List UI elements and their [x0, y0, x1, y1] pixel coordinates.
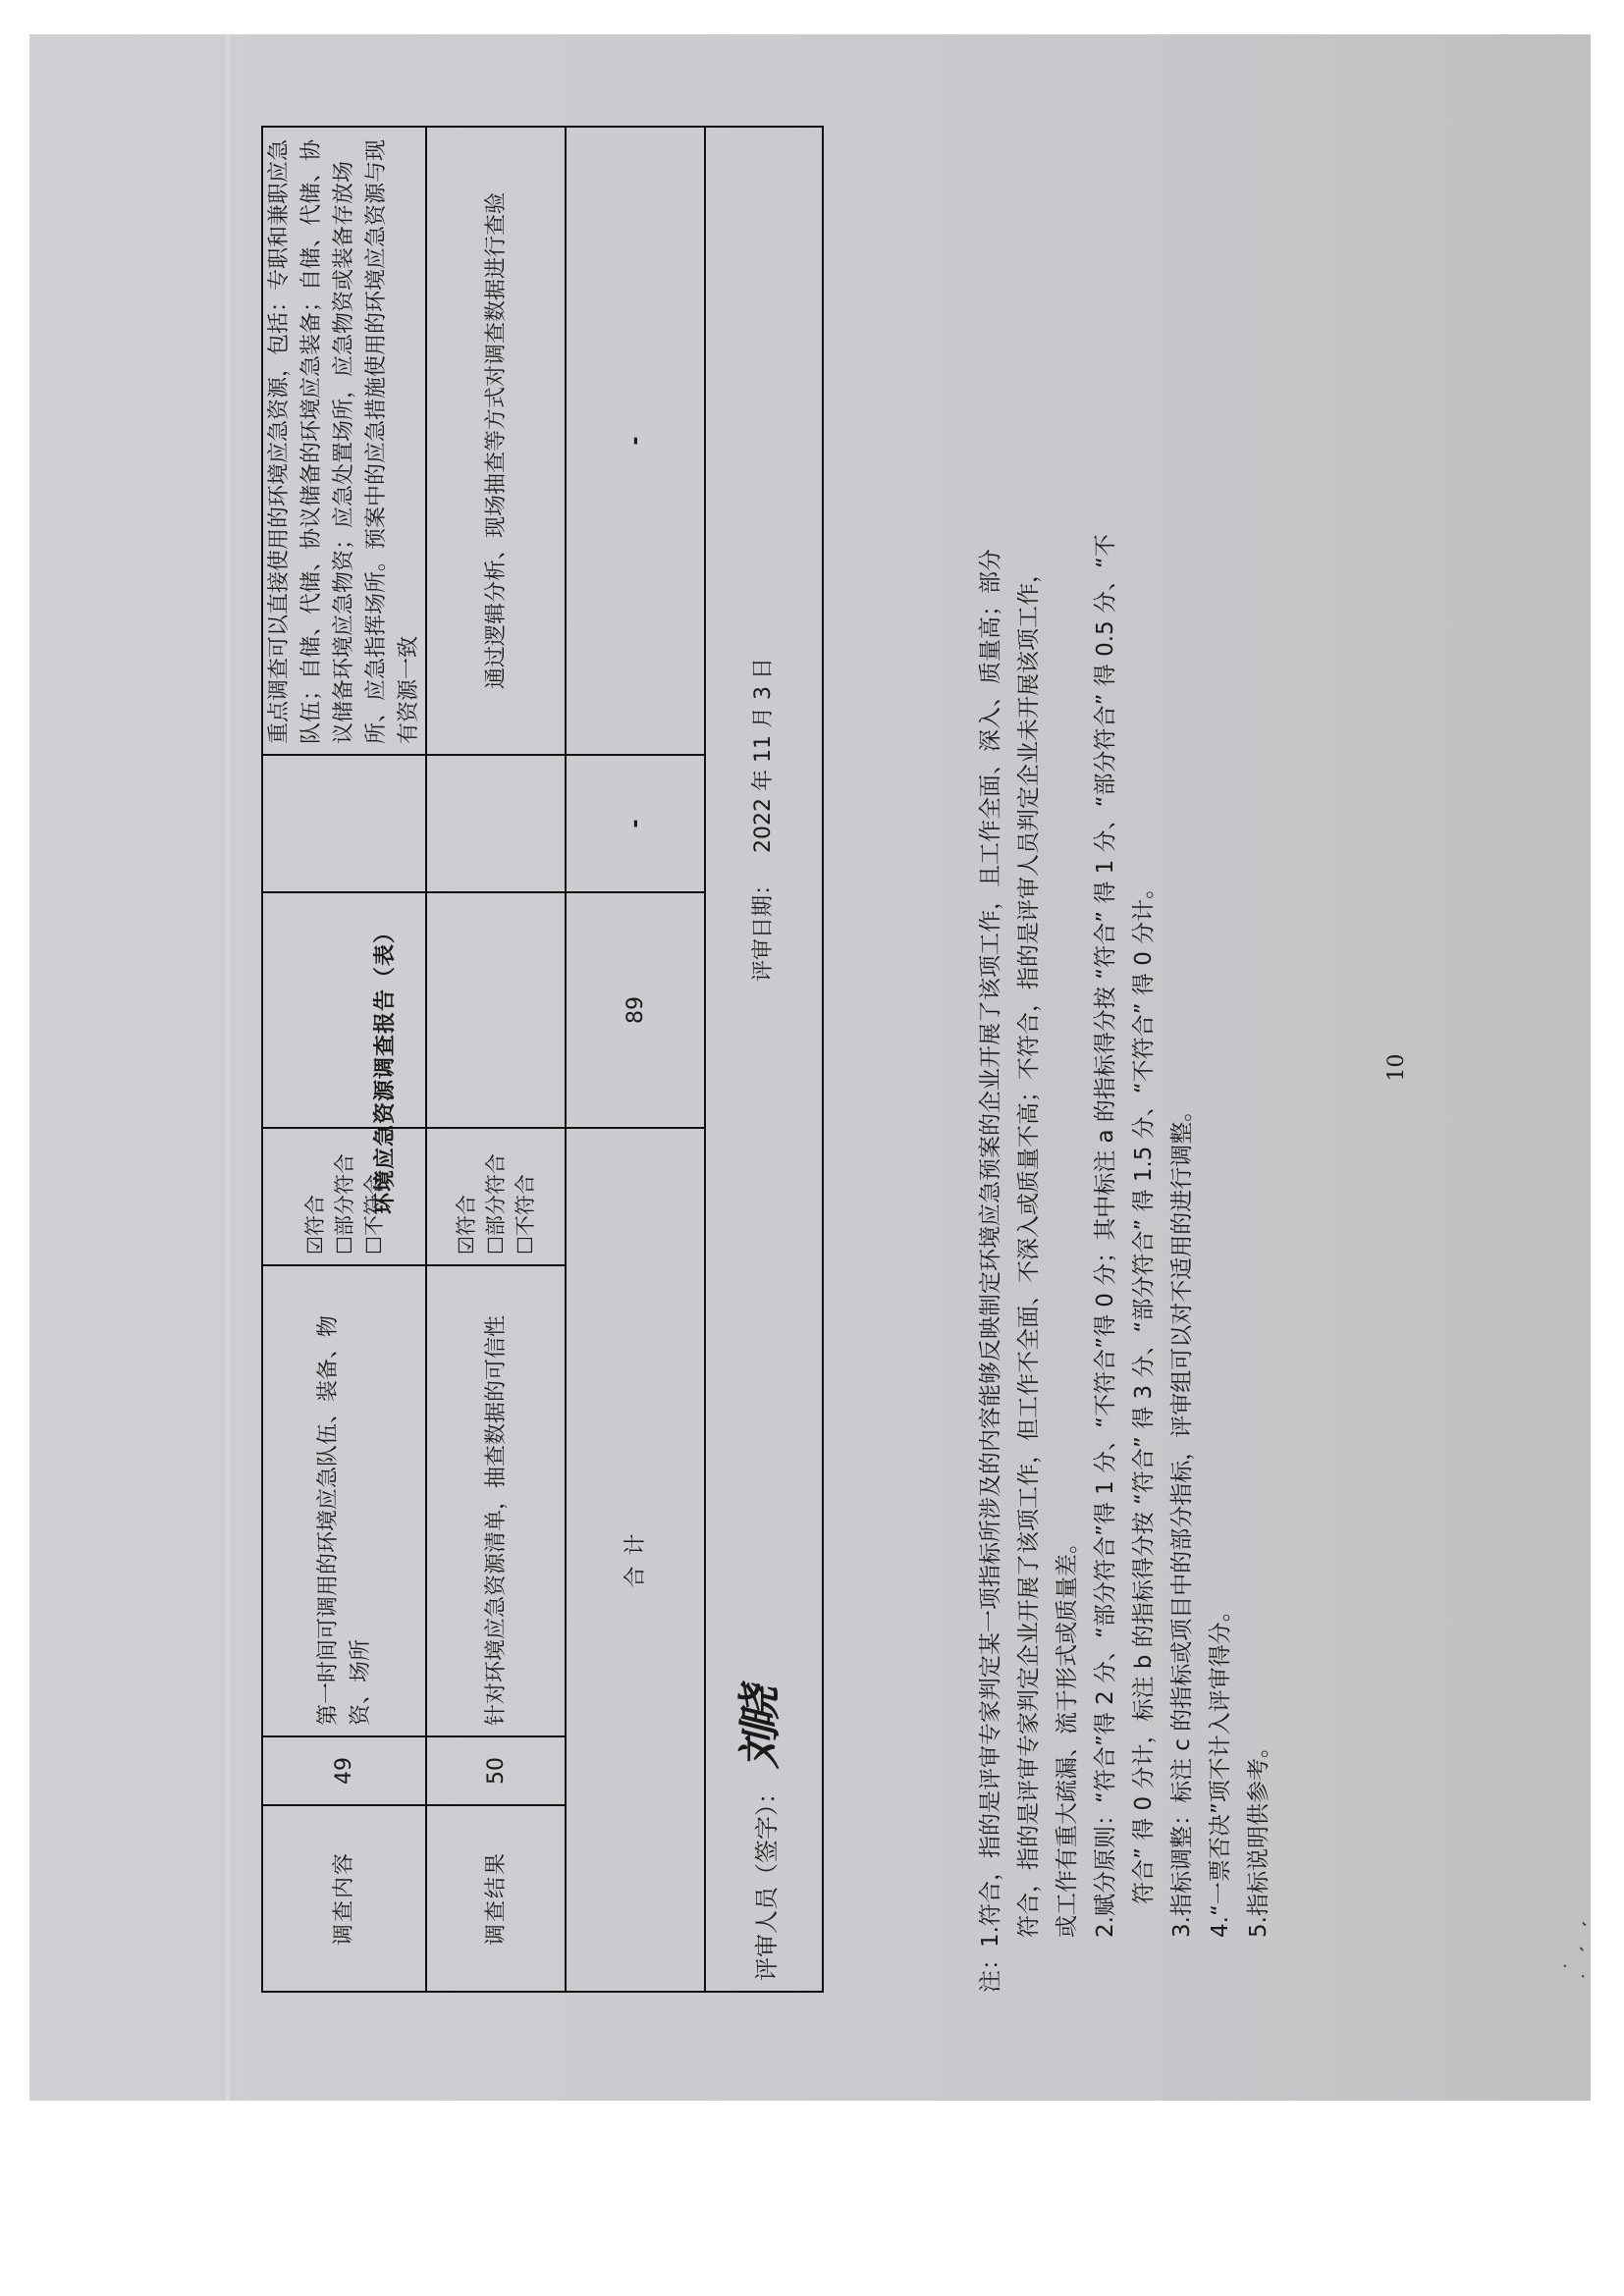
checkbox-empty-icon: ☐ — [362, 1236, 386, 1255]
total-label: 合 计 — [566, 1128, 705, 1992]
description-cell: 通过逻辑分析、现场抽查等方式对调查数据进行查验 — [426, 127, 566, 755]
table-row: 调查内容 49 第一时间可调用的环境应急队伍、装备、物资、场所 ☑符合 ☐部分符… — [262, 127, 426, 1992]
checkbox-empty-icon: ☐ — [333, 1236, 356, 1255]
total-row: 合 计 89 - - — [566, 127, 705, 1992]
option-partial[interactable]: ☐部分符合 — [481, 1139, 511, 1255]
notes-section: 注：1.符合，指的是评审专家判定某一项指标所涉及的内容能够反映制定环境应急预案的… — [972, 98, 1278, 1993]
item-number: 49 — [262, 1736, 426, 1805]
total-remark: - — [566, 755, 705, 892]
note-line: 符合” 得 0 分计，标注 b 的指标得分按 “符合” 得 3 分、“部分符合”… — [1125, 98, 1164, 1993]
note-line: 3.指标调整：标注 c 的指标或项目中的部分指标，评审组可以对不适用的进行调整。 — [1164, 98, 1202, 1993]
checkbox-empty-icon: ☐ — [514, 1236, 537, 1255]
page-number: 10 — [1384, 34, 1409, 2101]
survey-table: 调查内容 49 第一时间可调用的环境应急队伍、装备、物资、场所 ☑符合 ☐部分符… — [261, 126, 824, 1993]
signature-row: 评审人员（签字）：刘晓 评审日期： 2022 年 11 月 3 日 — [705, 127, 823, 1992]
checkbox-checked-icon: ☑ — [303, 1236, 327, 1255]
description-cell: 重点调查可以直接使用的环境应急资源，包括：专职和兼职应急队伍；自储、代储、协议储… — [262, 127, 426, 755]
option-nonconform[interactable]: ☐不符合 — [359, 1139, 389, 1255]
remark-cell — [262, 755, 426, 892]
option-conform[interactable]: ☑符合 — [452, 1139, 481, 1255]
note-line: 4.“一票否决”项不计入评审得分。 — [1202, 98, 1240, 1993]
compliance-options: ☑符合 ☐部分符合 ☐不符合 — [426, 1128, 566, 1265]
checkbox-empty-icon: ☐ — [484, 1236, 508, 1255]
note-line: 或工作有重大疏漏、流于形式或质量差。 — [1049, 98, 1087, 1993]
remark-cell — [426, 755, 566, 892]
checkbox-checked-icon: ☑ — [455, 1236, 478, 1255]
table-row: 调查结果 50 针对环境应急资源清单，抽查数据的可信性 ☑符合 ☐部分符合 ☐不… — [426, 127, 566, 1992]
note-line: 注：1.符合，指的是评审专家判定某一项指标所涉及的内容能够反映制定环境应急预案的… — [972, 98, 1010, 1993]
item-text: 针对环境应急资源清单，抽查数据的可信性 — [426, 1265, 566, 1736]
reviewer-label: 评审人员（签字）： — [753, 1781, 781, 1981]
note-line: 2.赋分原则：“符合”得 2 分、“部分符合”得 1 分、“不符合”得 0 分；… — [1087, 98, 1125, 1993]
score-cell — [426, 892, 566, 1128]
total-description: - — [566, 127, 705, 755]
signature-cell: 评审人员（签字）：刘晓 评审日期： 2022 年 11 月 3 日 — [705, 127, 823, 1992]
document-page: 环境应急资源调查报告（表） 调查内容 49 第一时间可调用的环境应急队伍、装备、… — [29, 34, 1591, 2101]
note-line: 符合，指的是评审专家判定企业开展了该项工作，但工作不全面、不深入或质量不高；不符… — [1010, 98, 1049, 1993]
reviewer-signature: 刘晓 — [735, 1690, 785, 1769]
compliance-options: ☑符合 ☐部分符合 ☐不符合 — [262, 1128, 426, 1265]
option-nonconform[interactable]: ☐不符合 — [511, 1139, 540, 1255]
total-score: 89 — [566, 892, 705, 1128]
option-conform[interactable]: ☑符合 — [300, 1139, 330, 1255]
category-cell: 调查结果 — [426, 1805, 566, 1992]
review-date: 评审日期： 2022 年 11 月 3 日 — [747, 658, 780, 982]
option-partial[interactable]: ☐部分符合 — [330, 1139, 359, 1255]
item-number: 50 — [426, 1736, 566, 1805]
category-cell: 调查内容 — [262, 1805, 426, 1992]
note-line: 5.指标说明供参考。 — [1240, 98, 1278, 1993]
item-text: 第一时间可调用的环境应急队伍、装备、物资、场所 — [262, 1265, 426, 1736]
score-cell — [262, 892, 426, 1128]
